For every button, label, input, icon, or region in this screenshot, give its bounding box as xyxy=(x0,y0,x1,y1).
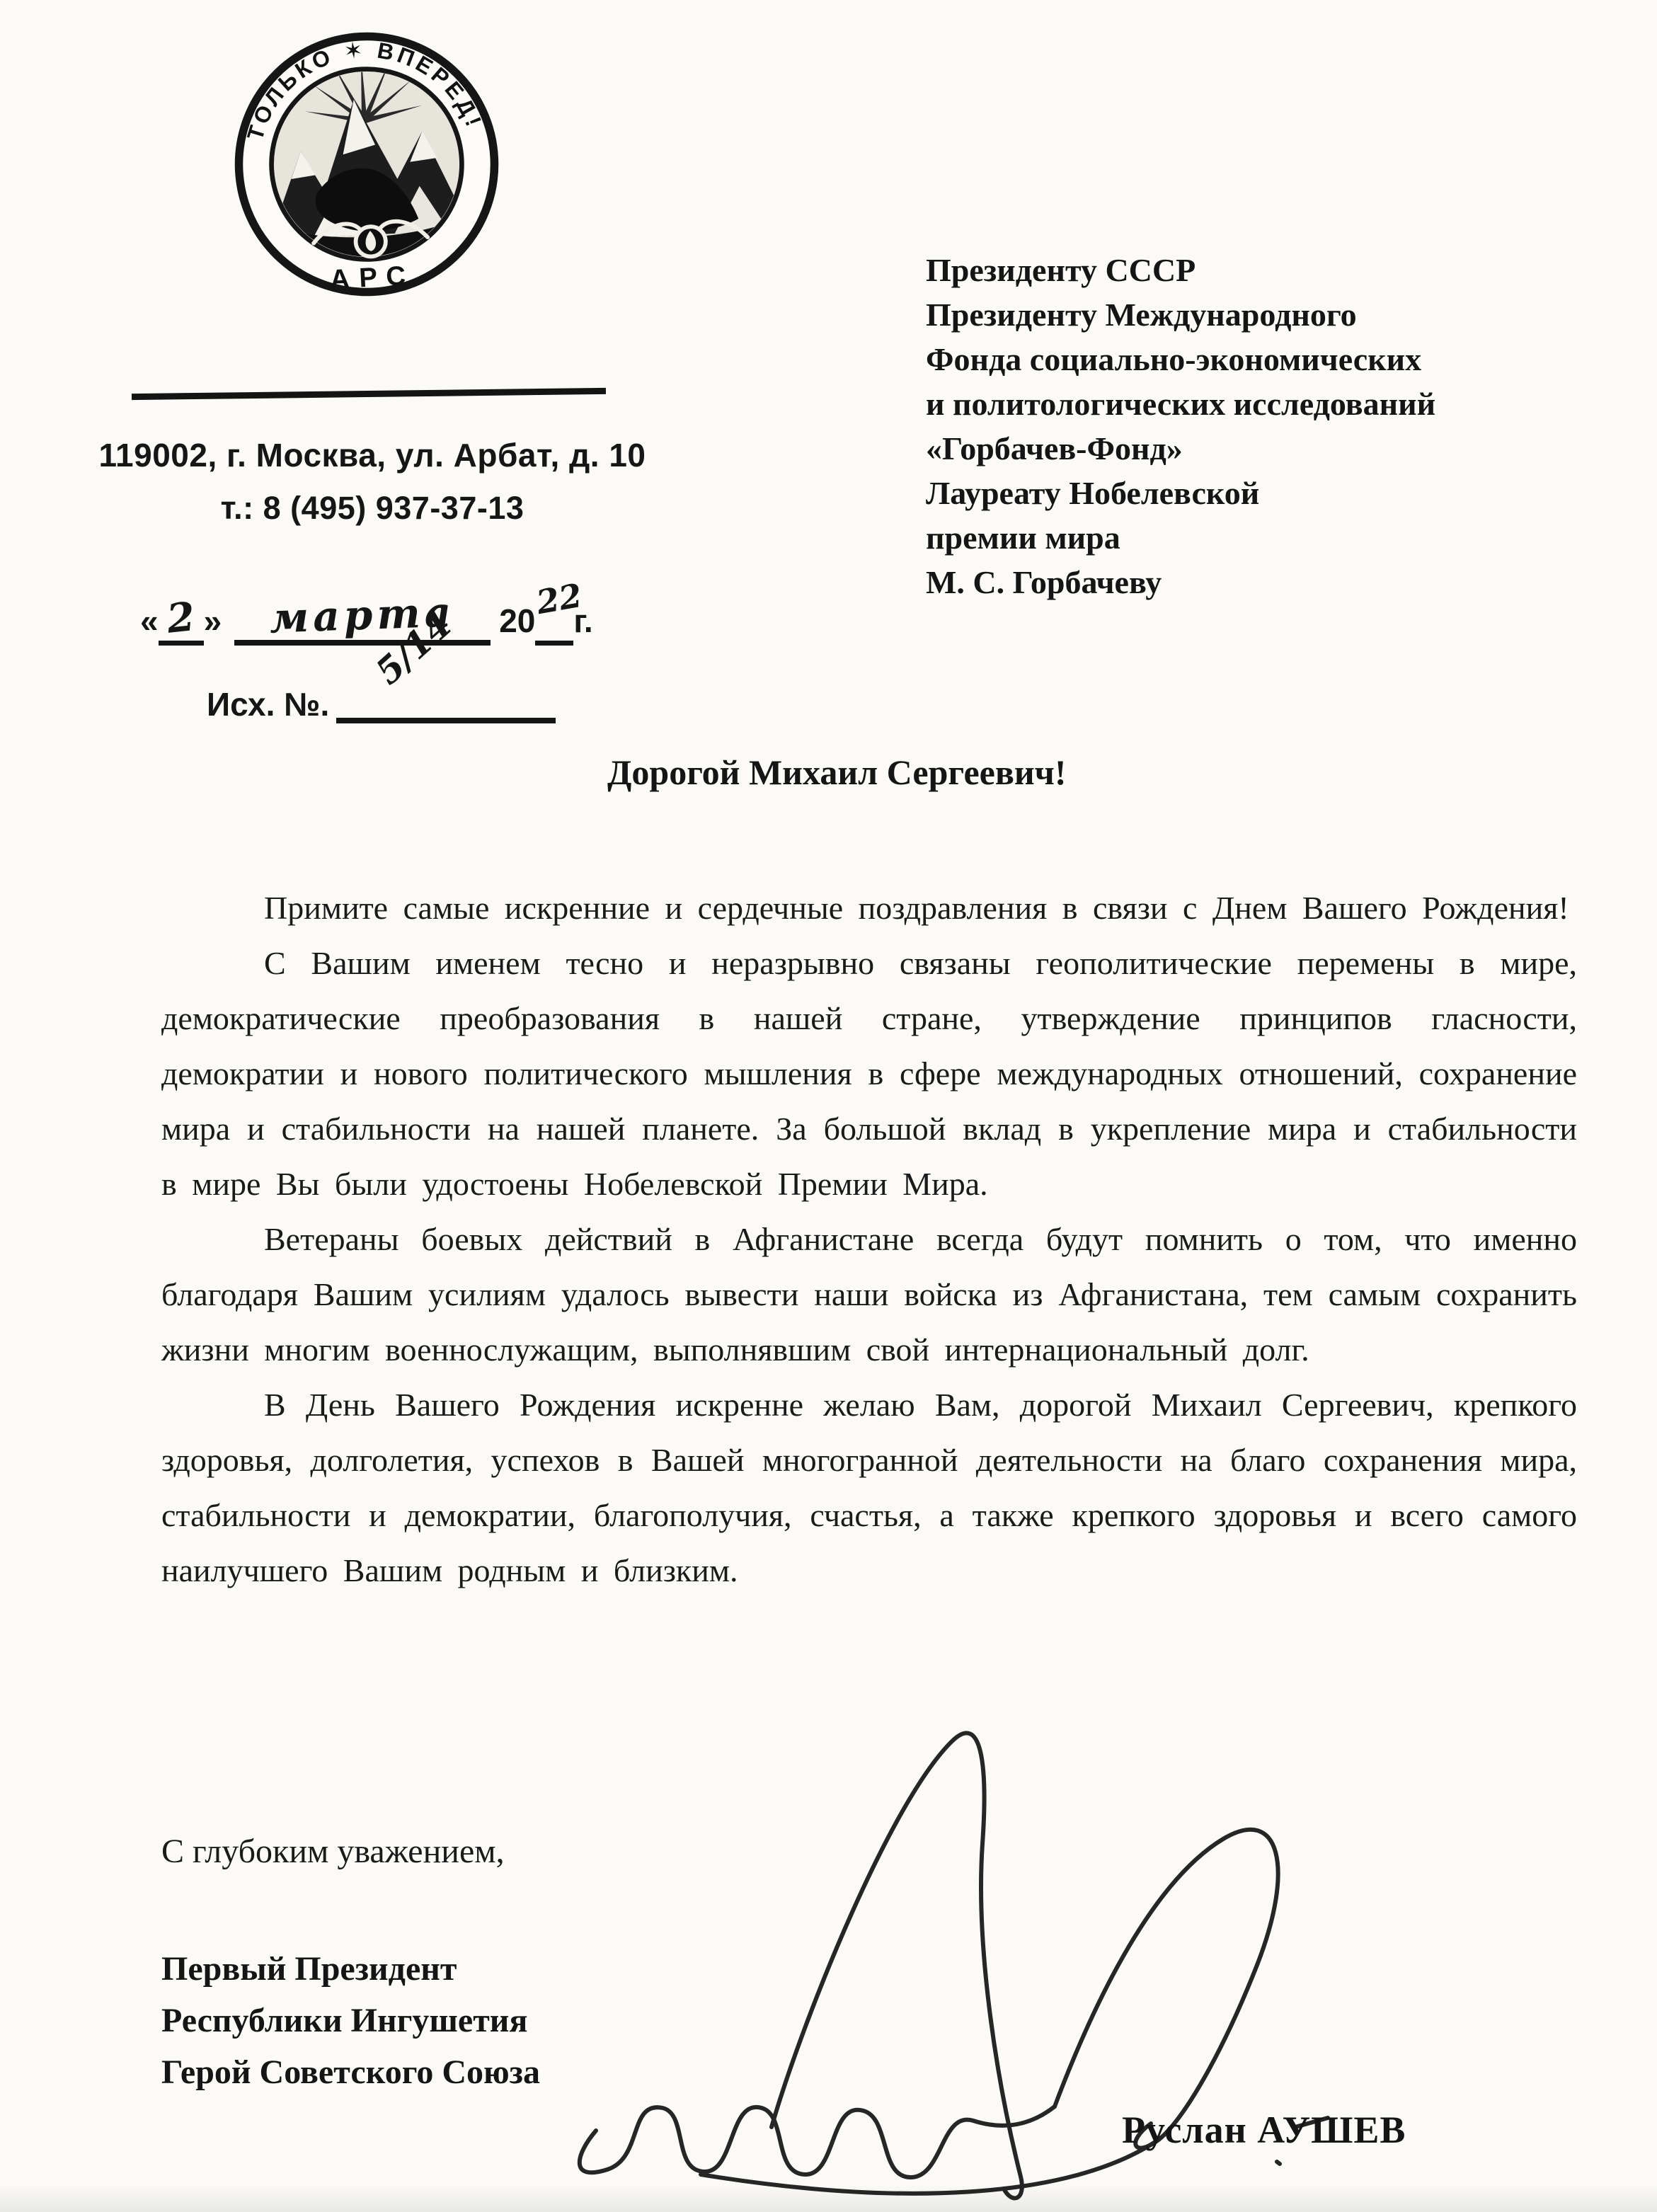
emblem-stamp: ТОЛЬКО ✶ ВПЕРЁД! АРС xyxy=(231,28,503,300)
body-paragraph: С Вашим именем тесно и неразрывно связан… xyxy=(161,936,1577,1212)
body-paragraph: Ветераны боевых действий в Афганистане в… xyxy=(161,1212,1577,1377)
signer-title-line: Республики Ингушетия xyxy=(161,1995,540,2046)
recipient-line: Фонда социально-экономических xyxy=(926,337,1591,382)
body-paragraph: Примите самые искренние и сердечные позд… xyxy=(161,881,1577,936)
date-day-underline: 2 xyxy=(159,595,204,646)
ref-label: Исх. №. xyxy=(207,685,329,723)
signer-title-line: Герой Советского Союза xyxy=(161,2046,540,2098)
body-paragraph: В День Вашего Рождения искренне желаю Ва… xyxy=(161,1377,1577,1598)
date-year-line: 22 xyxy=(535,598,573,646)
ref-underline: 5/14 xyxy=(336,668,556,723)
letterhead-rule xyxy=(132,388,606,400)
date-day-handwritten: 2 xyxy=(165,594,197,642)
scanned-letter-page: ТОЛЬКО ✶ ВПЕРЁД! АРС xyxy=(0,0,1657,2212)
phone-line: т.: 8 (495) 937-37-13 xyxy=(68,490,677,527)
date-line: « 2 » марта 20 22 г. xyxy=(140,578,593,646)
recipient-block: Президенту СССР Президенту Международног… xyxy=(926,248,1591,604)
emblem-bottom-text: АРС xyxy=(329,260,415,294)
salutation: Дорогой Михаил Сергеевич! xyxy=(607,752,1067,793)
recipient-line: Президенту Международного xyxy=(926,292,1591,337)
recipient-line: и политологических исследований xyxy=(926,382,1591,426)
ref-line: Исх. №. 5/14 xyxy=(207,668,556,723)
signer-title-line: Первый Президент xyxy=(161,1943,540,1995)
address-line: 119002, г. Москва, ул. Арбат, д. 10 xyxy=(68,436,677,474)
signer-titles: Первый Президент Республики Ингушетия Ге… xyxy=(161,1943,540,2098)
closing-phrase: С глубоким уважением, xyxy=(161,1832,505,1871)
letter-body: Примите самые искренние и сердечные позд… xyxy=(161,881,1577,1598)
recipient-line: Президенту СССР xyxy=(926,248,1591,292)
date-open-quote: « xyxy=(140,602,159,646)
date-close-quote: » xyxy=(204,602,222,646)
recipient-line: премии мира xyxy=(926,515,1591,560)
signer-name: Руслан АУШЕВ xyxy=(1122,2108,1406,2152)
recipient-line: М. С. Горбачеву xyxy=(926,560,1591,604)
recipient-line: Лауреату Нобелевской xyxy=(926,471,1591,515)
recipient-line: «Горбачев-Фонд» xyxy=(926,426,1591,471)
date-year-prefix: 20 xyxy=(499,602,535,646)
date-year-handwritten: 22 xyxy=(534,576,585,621)
